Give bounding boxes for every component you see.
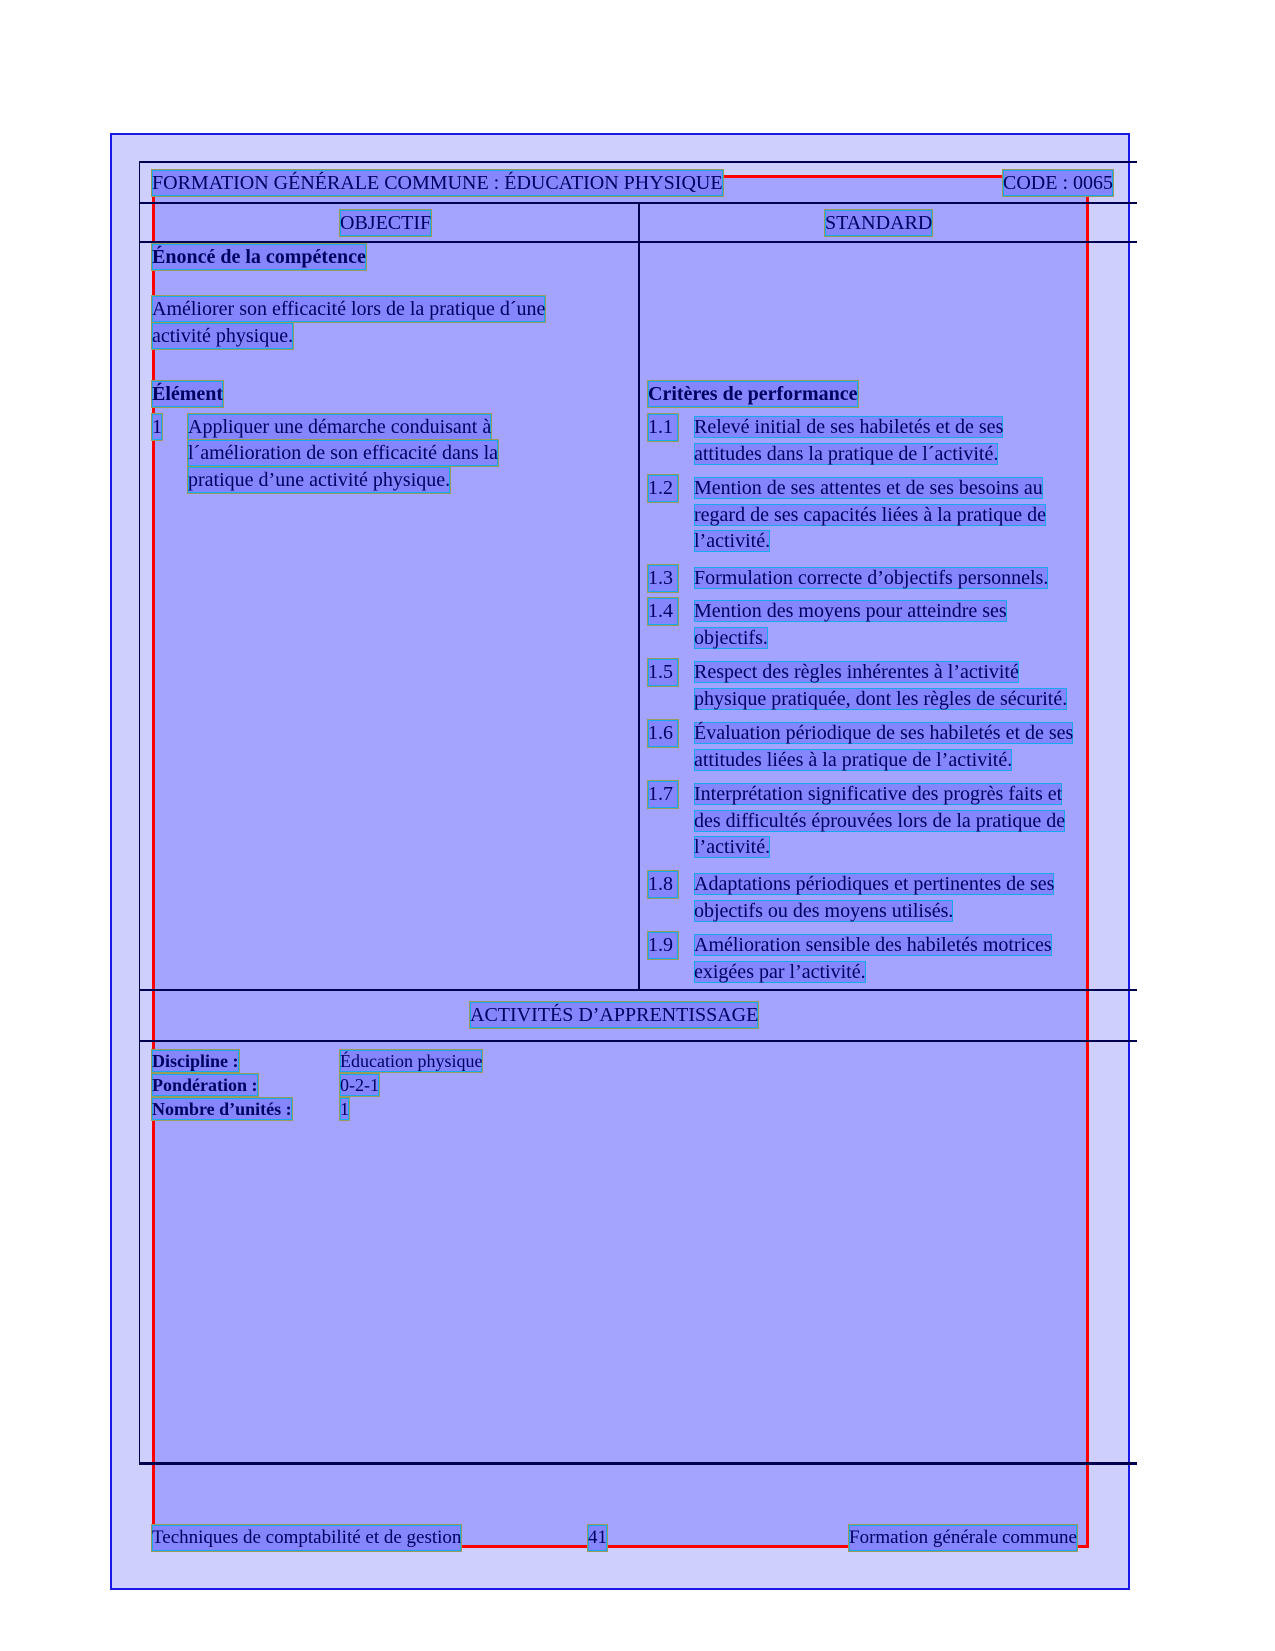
criterion-number: 1.7	[648, 781, 678, 808]
criterion-text-line: Interprétation significative des progrès…	[694, 783, 1062, 805]
criterion-text-line: regard de ses capacités liées à la prati…	[694, 504, 1046, 526]
table-bottom-border	[139, 1462, 1137, 1465]
criteria-heading: Critères de performance	[648, 381, 858, 407]
criterion-text-line: Respect des règles inhérentes à l’activi…	[694, 661, 1019, 683]
criterion-text-line: objectifs ou des moyens utilisés.	[694, 900, 953, 922]
criterion-number: 1.2	[648, 475, 678, 502]
units-label: Nombre d’unités :	[152, 1098, 292, 1120]
discipline-label: Discipline :	[152, 1050, 239, 1072]
objective-column-heading: OBJECTIF	[340, 210, 431, 236]
course-code: CODE : 0065	[1003, 170, 1113, 196]
criterion-number: 1.1	[648, 414, 678, 441]
ponderation-label: Pondération :	[152, 1074, 258, 1096]
criterion-text-line: des difficultés éprouvées lors de la pra…	[694, 810, 1065, 832]
footer-page-number: 41	[588, 1525, 607, 1551]
criterion-text-line: Évaluation périodique de ses habiletés e…	[694, 722, 1073, 744]
criterion-text-line: Relevé initial de ses habiletés et de se…	[694, 416, 1003, 438]
criterion-text-line: attitudes dans la pratique de l´activité…	[694, 443, 998, 465]
footer-program: Techniques de comptabilité et de gestion	[152, 1525, 461, 1551]
element-number: 1	[152, 414, 162, 440]
footer-section: Formation générale commune	[849, 1525, 1077, 1551]
activities-bottom-divider	[139, 1040, 1137, 1042]
element-heading: Élément	[152, 381, 223, 407]
competency-statement-line: activité physique.	[152, 323, 293, 349]
standard-column-heading: STANDARD	[825, 210, 932, 236]
column-divider	[638, 202, 640, 989]
activities-top-divider	[139, 989, 1137, 991]
criterion-text-line: physique pratiquée, dont les règles de s…	[694, 688, 1067, 710]
criterion-item: 1.5Respect des règles inhérentes à l’act…	[648, 659, 1118, 712]
activities-heading: ACTIVITÉS D’APPRENTISSAGE	[470, 1002, 758, 1028]
discipline-value: Éducation physique	[340, 1050, 482, 1072]
competency-statement-line: Améliorer son efficacité lors de la prat…	[152, 296, 545, 322]
criterion-text-line: Mention de ses attentes et de ses besoin…	[694, 477, 1043, 499]
criterion-text-line: Adaptations périodiques et pertinentes d…	[694, 873, 1054, 895]
criterion-item: 1.4Mention des moyens pour atteindre ses…	[648, 598, 1118, 651]
element-line: Appliquer une démarche conduisant à	[188, 414, 491, 440]
criterion-item: 1.8Adaptations périodiques et pertinente…	[648, 871, 1118, 924]
criterion-text-line: l’activité.	[694, 836, 770, 858]
criterion-item: 1.9Amélioration sensible des habiletés m…	[648, 932, 1118, 985]
criterion-number: 1.4	[648, 598, 678, 625]
ponderation-value: 0-2-1	[340, 1074, 379, 1096]
criterion-text-line: Mention des moyens pour atteindre ses	[694, 600, 1007, 622]
element-line: l´amélioration de son efficacité dans la	[188, 440, 498, 466]
element-line: pratique d’une activité physique.	[188, 467, 450, 493]
criterion-text-line: l’activité.	[694, 530, 770, 552]
criterion-number: 1.3	[648, 565, 678, 592]
criterion-number: 1.8	[648, 871, 678, 898]
criterion-text-line: Formulation correcte d’objectifs personn…	[694, 567, 1048, 589]
criterion-number: 1.6	[648, 720, 678, 747]
criterion-item: 1.6Évaluation périodique de ses habileté…	[648, 720, 1118, 773]
criterion-number: 1.9	[648, 932, 678, 959]
criterion-text-line: attitudes liées à la pratique de l’activ…	[694, 749, 1012, 771]
criterion-number: 1.5	[648, 659, 678, 686]
criterion-item: 1.2Mention de ses attentes et de ses bes…	[648, 475, 1118, 555]
criterion-text-line: objectifs.	[694, 627, 768, 649]
criterion-item: 1.3Formulation correcte d’objectifs pers…	[648, 565, 1118, 592]
criterion-text-line: Amélioration sensible des habiletés motr…	[694, 934, 1052, 956]
document-title: FORMATION GÉNÉRALE COMMUNE : ÉDUCATION P…	[152, 170, 723, 196]
criterion-text-line: exigées par l’activité.	[694, 961, 866, 983]
competency-heading: Énoncé de la compétence	[152, 244, 366, 270]
criterion-item: 1.7Interprétation significative des prog…	[648, 781, 1118, 861]
criterion-item: 1.1Relevé initial de ses habiletés et de…	[648, 414, 1118, 467]
units-value: 1	[340, 1098, 349, 1120]
